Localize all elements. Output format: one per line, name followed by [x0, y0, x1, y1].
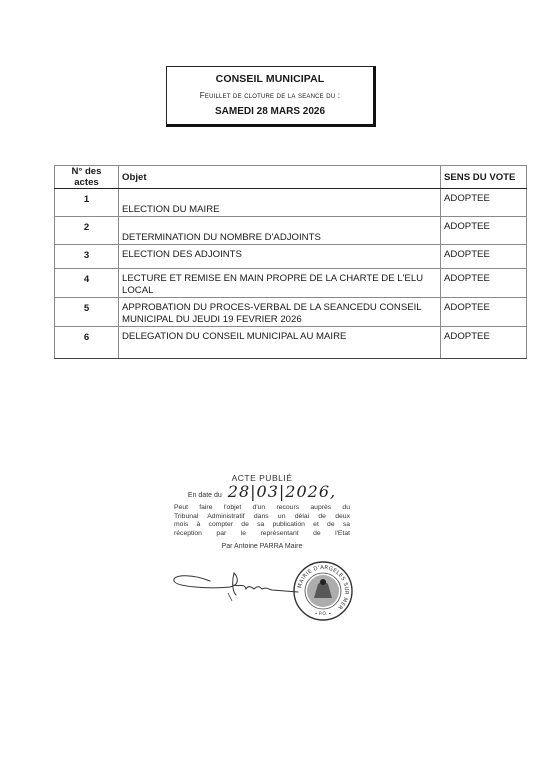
act-vote: ADOPTEE: [441, 217, 527, 245]
act-number: 5: [55, 298, 119, 327]
municipal-seal-icon: MAIRIE D'ARGELES SUR MER • P.O. •: [292, 560, 354, 622]
act-object: LECTURE ET REMISE EN MAIN PROPRE DE LA C…: [119, 269, 441, 298]
table-row: 5 APPROBATION DU PROCES-VERBAL DE LA SEA…: [55, 298, 527, 327]
act-vote: ADOPTEE: [441, 298, 527, 327]
act-number: 1: [55, 189, 119, 217]
table-row: 1 ELECTION DU MAIRE ADOPTEE: [55, 189, 527, 217]
col-header-vote: SENS DU VOTE: [441, 166, 527, 189]
acts-table: N° des actes Objet SENS DU VOTE 1 ELECTI…: [54, 165, 527, 359]
session-date: SAMEDI 28 MARS 2026: [167, 106, 373, 117]
svg-text:• P.O. •: • P.O. •: [315, 611, 331, 617]
stamp-handwritten-date: 28|03|2026,: [228, 487, 336, 496]
stamp-appeal-notice: Peut faire l'objet d'un recours auprès d…: [172, 504, 352, 538]
act-object: DETERMINATION DU NOMBRE D'ADJOINTS: [119, 217, 441, 245]
col-header-object: Objet: [119, 166, 441, 189]
stamp-notice-line: réception par le représentant de l'Etat: [174, 530, 350, 539]
publication-stamp: ACTE PUBLIÉ En date du 28|03|2026, Peut …: [172, 474, 352, 551]
col-header-number: N° des actes: [55, 166, 119, 189]
table-row: 6 DELEGATION DU CONSEIL MUNICIPAL AU MAI…: [55, 327, 527, 359]
act-number: 6: [55, 327, 119, 359]
act-number: 4: [55, 269, 119, 298]
table-row: 2 DETERMINATION DU NOMBRE D'ADJOINTS ADO…: [55, 217, 527, 245]
act-vote: ADOPTEE: [441, 189, 527, 217]
document-title-box: CONSEIL MUNICIPAL Feuillet de cloture de…: [166, 66, 376, 127]
act-vote: ADOPTEE: [441, 269, 527, 298]
act-number: 2: [55, 217, 119, 245]
table-header-row: N° des actes Objet SENS DU VOTE: [55, 166, 527, 189]
stamp-signer: Par Antoine PARRA Maire: [172, 542, 352, 551]
act-vote: ADOPTEE: [441, 327, 527, 359]
act-number: 3: [55, 245, 119, 269]
act-vote: ADOPTEE: [441, 245, 527, 269]
session-subtitle: Feuillet de cloture de la seance du :: [167, 91, 373, 100]
act-object: DELEGATION DU CONSEIL MUNICIPAL AU MAIRE: [119, 327, 441, 359]
stamp-notice-line: Tribunal Administratif dans un délai de …: [174, 513, 350, 522]
stamp-notice-line: Peut faire l'objet d'un recours auprès d…: [174, 504, 350, 513]
council-title: CONSEIL MUNICIPAL: [167, 73, 373, 85]
act-object: ELECTION DES ADJOINTS: [119, 245, 441, 269]
signature-icon: [170, 565, 300, 605]
table-row: 4 LECTURE ET REMISE EN MAIN PROPRE DE LA…: [55, 269, 527, 298]
stamp-date-row: En date du 28|03|2026,: [172, 487, 352, 500]
stamp-notice-line: mois à compter de sa publication et de s…: [174, 521, 350, 530]
stamp-date-label: En date du: [188, 491, 222, 500]
table-row: 3 ELECTION DES ADJOINTS ADOPTEE: [55, 245, 527, 269]
act-object: APPROBATION DU PROCES-VERBAL DE LA SEANC…: [119, 298, 441, 327]
act-object: ELECTION DU MAIRE: [119, 189, 441, 217]
